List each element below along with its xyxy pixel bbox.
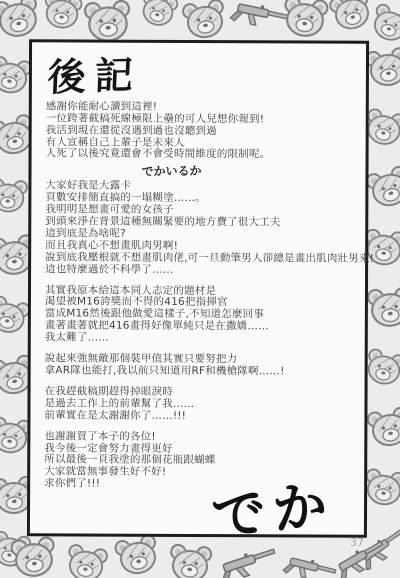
paragraph-greeting: 大家好我是大露卡 頁數安排簡直搞的一塌糊塗……。 我明明是想畫可愛的女孩子 到頭…: [45, 181, 353, 278]
afterword-page: 後記 感謝你能耐心讀到這裡! 一位跨著截稿死線極限上壘的可人兒想你報到! 我活到…: [0, 0, 400, 578]
text-line: 我太難了……: [45, 333, 353, 346]
artist-signature: でか: [209, 477, 337, 545]
handwritten-note: でかいるか: [141, 160, 353, 180]
paragraph-intro: 感謝你能耐心讀到這裡! 一位跨著截稿死線極限上壘的可人兒想你報到! 我活到現在還…: [46, 101, 354, 162]
page-title: 後記: [47, 48, 355, 99]
text-line: 拿AR隊也能打,我以前只知道用RF和機槍隊啊……!: [45, 365, 353, 378]
paragraph-thanks-senpai: 在我趕截稿期趕得掉眼淚時 是過去工作上的前輩幫了我…… 前輩實在是太謝謝你了………: [44, 386, 352, 423]
paragraph-game: 說起來強無敵那個裝甲值其實只要努把力 拿AR隊也能打,我以前只知道用RF和機槍隊…: [45, 353, 353, 378]
paragraph-theme: 其實我原本給這本同人志定的題材是 渴望被M16誇獎而不得的416把指揮官 當成M…: [45, 285, 353, 346]
text-line: 前輩實在是太謝謝你了……!!!: [44, 410, 352, 423]
content-box: 後記 感謝你能耐心讀到這裡! 一位跨著截稿死線極限上壘的可人兒想你報到! 我活到…: [27, 39, 369, 537]
text-line: 這也特麼過於不科學了……: [45, 264, 353, 277]
page-number: 37: [350, 536, 364, 549]
